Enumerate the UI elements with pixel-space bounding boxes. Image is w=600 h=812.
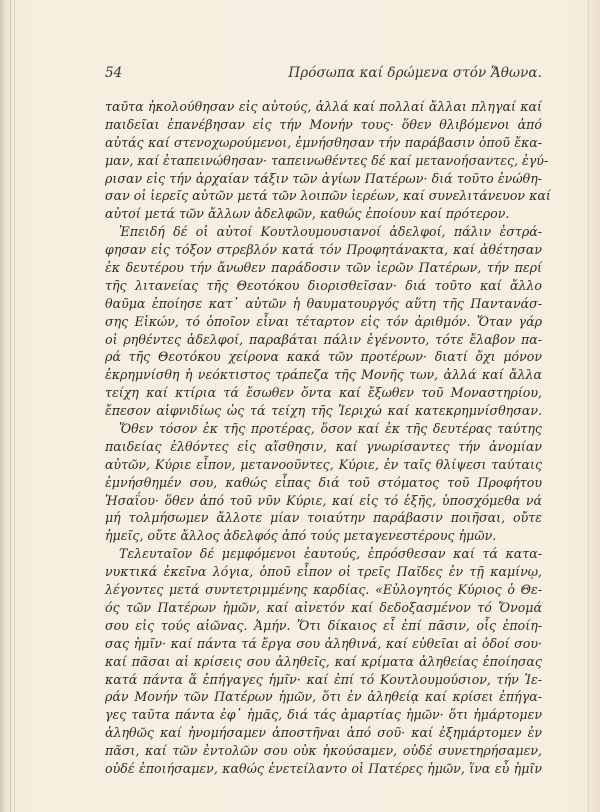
text-line: ός τῶν Πατέρων ἡμῶν, καί αἰνετόν καί δεδ…: [105, 599, 542, 617]
text-line: σαν οἱ ἱερεῖς αὐτῶν μετά τῶν λοιπῶν ἱερέ…: [105, 187, 542, 205]
paragraph-start-line: Ὅθεν τόσον ἐκ τῆς προτέρας, ὅσον καί ἐκ …: [105, 420, 542, 438]
text-line: κατά πάντα ἅ ἐπήγαγες ἡμῖν· καί ἐπί τό Κ…: [105, 671, 542, 689]
text-line: ἔπεσον αἰφνιδίως ὡς τά τείχη τῆς Ἱεριχώ …: [105, 402, 542, 420]
running-head: 54 Πρόσωπα καί δρώμενα στόν Ἄθωνα.: [105, 65, 542, 85]
text-line: ράν Μονήν τῶν Πατέρων ἡμῶν, ὅτι ἐν ἀληθε…: [105, 688, 542, 706]
page-right-edge: [588, 0, 589, 812]
text-line: τῆς λιτανείας τῆς Θεοτόκου διορισθεῖσαν·…: [105, 277, 542, 295]
text-line: ρά τῆς Θεοτόκου χείρονα κακά τῶν προτέρω…: [105, 348, 542, 366]
paragraph-start-line: Ἐπειδή δέ οἱ αὐτοί Κουτλουμουσιανοί ἀδελ…: [105, 223, 542, 241]
text-line: τείχη καί κτίρια τά ἔσωθεν ὄντα καί ἔξωθ…: [105, 384, 542, 402]
page-number: 54: [105, 65, 122, 81]
text-line: ἡμεῖς, οὔτε ἄλλος ἀδελφός ἀπό τούς μεταγ…: [105, 527, 542, 545]
text-line: λέγοντες μετά συντετριμμένης καρδίας. «Ε…: [105, 581, 542, 599]
text-line: γες ταῦτα πάντα ἐφ᾽ ἡμᾶς, διά τάς ἁμαρτί…: [105, 706, 542, 724]
text-line: πᾶσι, καί τῶν ἐντολῶν σου οὐκ ἠκούσαμεν,…: [105, 742, 542, 760]
text-line: σας ἡμῖν· καί πάντα τά ἔργα σου ἀληθινά,…: [105, 635, 542, 653]
text-line: σου εἰς τούς αἰῶνας. Ἀμήν. Ὅτι δίκαιος ε…: [105, 617, 542, 635]
text-line: σης Εἰκών, τό ὁποῖον εἶναι τέταρτον εἰς …: [105, 313, 542, 331]
text-line: ἐκ δευτέρου τήν ἄνωθεν παράδοσιν τῶν ἱερ…: [105, 259, 542, 277]
text-line: ταῦτα ἠκολούθησαν εἰς αὐτούς, ἀλλά καί π…: [105, 98, 542, 116]
running-title: Πρόσωπα καί δρώμενα στόν Ἄθωνα.: [288, 65, 542, 81]
binding-edge: [10, 0, 11, 812]
text-line: φησαν εἰς τόξον στρεβλόν κατά τόν Προφητ…: [105, 241, 542, 259]
text-line: ἀληθῶς καί ἠνομήσαμεν ἀποστῆναι ἀπό σοῦ·…: [105, 724, 542, 742]
text-line: ἐμνήσθημέν σου, καθώς εἶπας διά τοῦ στόμ…: [105, 474, 542, 492]
text-line: αὐτοί μετά τῶν ἄλλων ἀδελφῶν, καθώς ἐποί…: [105, 205, 542, 223]
text-line: μή τολμήσωμεν ἄλλοτε μίαν τοιαύτην παράβ…: [105, 509, 542, 527]
text-line: Ἠσαΐου· ὅθεν ἀπό τοῦ νῦν Κύριε, καί εἰς …: [105, 492, 542, 510]
binding-edge-inner: [14, 0, 15, 812]
text-line: νυκτικά ἐκεῖνα λόγια, ὁποῦ εἶπον οἱ τρεῖ…: [105, 563, 542, 581]
text-line: αὐτάς καί στενοχωρούμενοι, ἐμνήσθησαν τή…: [105, 134, 542, 152]
paragraph-start-line: Τελευταῖον δέ μεμφόμενοι ἑαυτούς, ἐπρόσθ…: [105, 545, 542, 563]
book-page: 54 Πρόσωπα καί δρώμενα στόν Ἄθωνα. ταῦτα…: [0, 0, 600, 812]
text-line: ρισαν εἰς τήν ἀρχαίαν τάξιν τῶν ἁγίων Πα…: [105, 170, 542, 188]
text-line: καί πᾶσαι αἱ κρίσεις σου ἀληθεῖς, καί κρ…: [105, 653, 542, 671]
text-line: αὐτῶν, Κύριε εἶπον, μετανοοῦντες, Κύριε,…: [105, 456, 542, 474]
text-line: οἱ ρηθέντες ἀδελφοί, παραβάται πάλιν ἐγέ…: [105, 331, 542, 349]
body-text: ταῦτα ἠκολούθησαν εἰς αὐτούς, ἀλλά καί π…: [105, 98, 542, 778]
text-line: θαῦμα ἐποίησε κατ᾽ αὐτῶν ἡ θαυματουργός …: [105, 295, 542, 313]
text-line: ἐκρημνίσθη ἡ νεόκτιστος τράπεζα τῆς Μονῆ…: [105, 366, 542, 384]
text-line: μαν, καί ἐταπεινώθησαν· ταπεινωθέντες δέ…: [105, 152, 542, 170]
text-line: παιδείας ἐλθόντες εἰς αἴσθησιν, καί γνωρ…: [105, 438, 542, 456]
text-line: οὐδέ ἐποιήσαμεν, καθώς ἐνετείλαντο οἱ Πα…: [105, 760, 542, 778]
text-line: παιδεῖαι ἐπανέβησαν εἰς τήν Μονήν τους· …: [105, 116, 542, 134]
